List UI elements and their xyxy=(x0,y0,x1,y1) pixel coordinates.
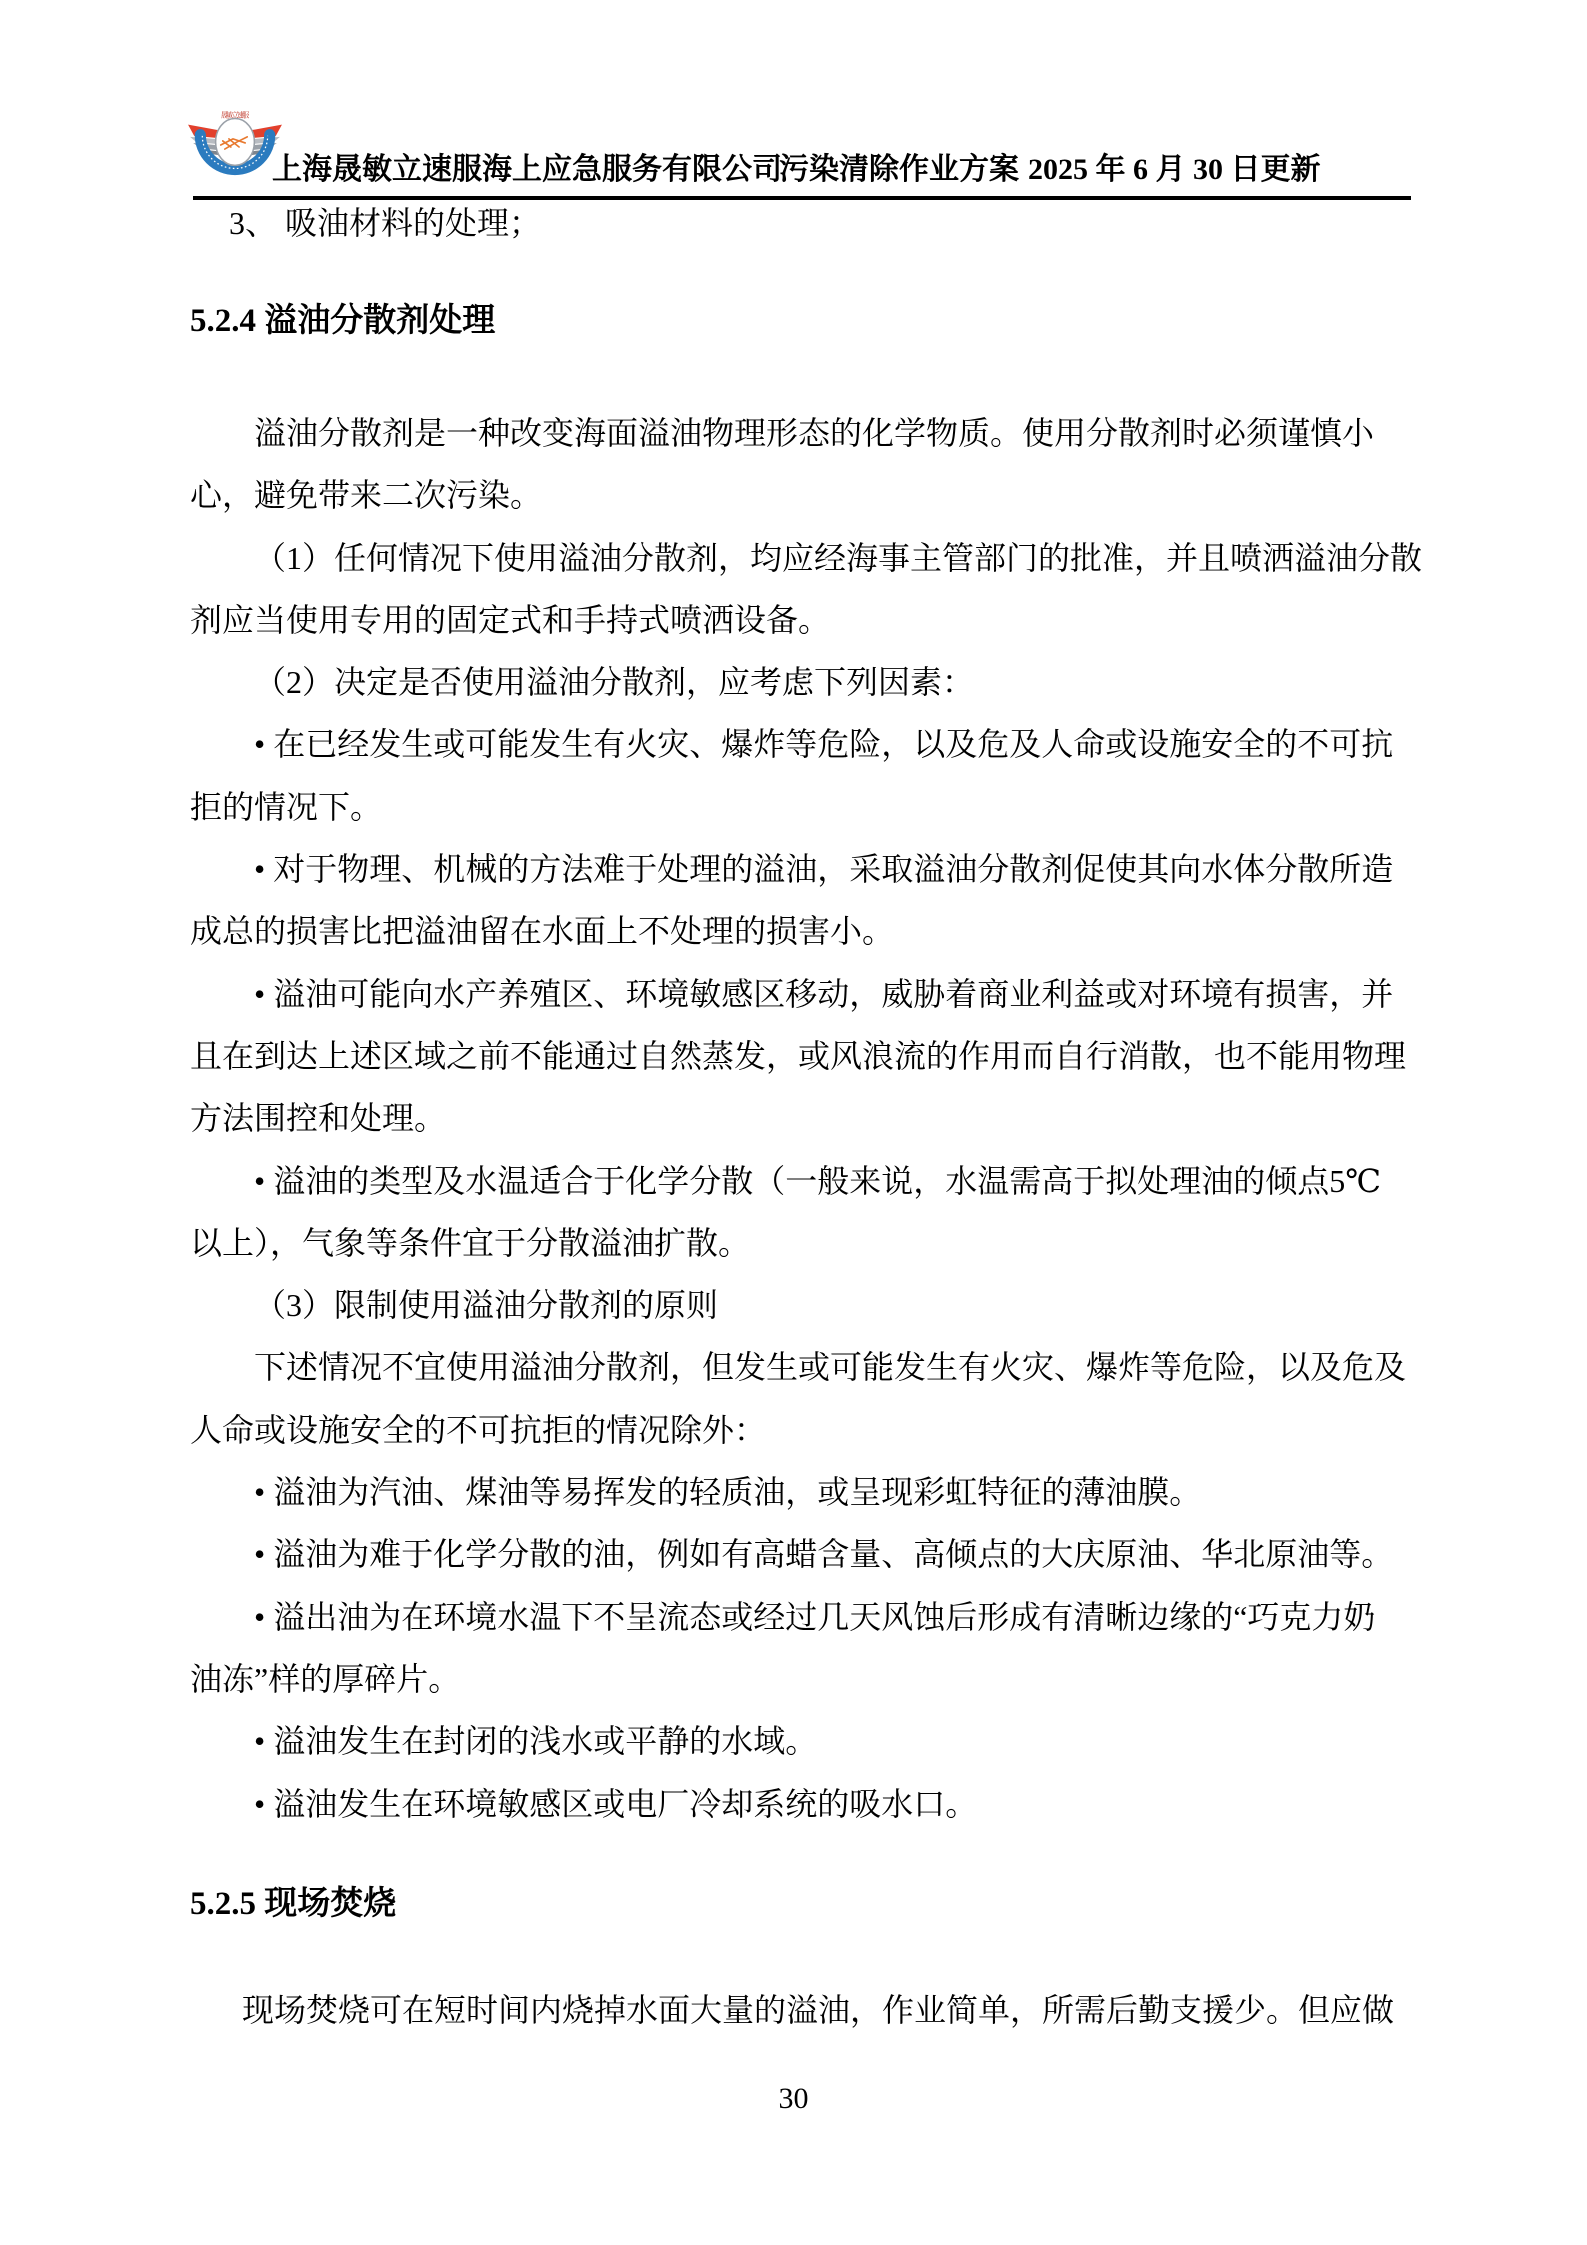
header-text-row: 上海晟敏立速服海上应急服务有限公司 污染清除作业方案 2025 年 6 月 30… xyxy=(0,150,1587,196)
body-line: 以上），气象等条件宜于分散溢油扩散。 xyxy=(190,1212,1422,1274)
document-page: 晟敏立速服 上海晟敏立速服海上应急服务有限公 xyxy=(0,0,1587,2245)
numbered-list-item-3: 3、 吸油材料的处理； xyxy=(190,203,1418,243)
header-updated-date: 2025 年 6 月 30 日更新 xyxy=(1028,150,1321,190)
body-line: 剂应当使用专用的固定式和手持式喷洒设备。 xyxy=(190,589,1422,651)
header-rule xyxy=(193,196,1411,200)
body-line: （1）任何情况下使用溢油分散剂，均应经海事主管部门的批准，并且喷洒溢油分散 xyxy=(190,527,1422,589)
body-line: （3）限制使用溢油分散剂的原则 xyxy=(190,1274,1422,1336)
section-5-2-4-body: 溢油分散剂是一种改变海面溢油物理形态的化学物质。使用分散剂时必须谨慎小心，避免带… xyxy=(190,402,1422,1835)
body-line: 下述情况不宜使用溢油分散剂，但发生或可能发生有火灾、爆炸等危险，以及危及 xyxy=(190,1336,1422,1398)
body-line: • 对于物理、机械的方法难于处理的溢油，采取溢油分散剂促使其向水体分散所造 xyxy=(190,838,1422,900)
body-line: • 溢油的类型及水温适合于化学分散（一般来说，水温需高于拟处理油的倾点5℃ xyxy=(190,1150,1422,1212)
body-line: • 溢油发生在封闭的浅水或平静的水域。 xyxy=(190,1710,1422,1772)
section-heading-5-2-5: 5.2.5 现场焚烧 xyxy=(190,1884,396,1924)
body-line: 成总的损害比把溢油留在水面上不处理的损害小。 xyxy=(190,900,1422,962)
body-line: • 溢出油为在环境水温下不呈流态或经过几天风蚀后形成有清晰边缘的“巧克力奶 xyxy=(190,1586,1422,1648)
body-line: 油冻”样的厚碎片。 xyxy=(190,1648,1422,1710)
body-line: 拒的情况下。 xyxy=(190,776,1422,838)
section-5-2-5-paragraph: 现场焚烧可在短时间内烧掉水面大量的溢油，作业简单，所需后勤支援少。但应做 xyxy=(190,1990,1422,2030)
body-line: 溢油分散剂是一种改变海面溢油物理形态的化学物质。使用分散剂时必须谨慎小 xyxy=(190,402,1422,464)
body-line: 心，避免带来二次污染。 xyxy=(190,464,1422,526)
body-line: • 溢油为难于化学分散的油，例如有高蜡含量、高倾点的大庆原油、华北原油等。 xyxy=(190,1523,1422,1585)
body-line: • 溢油发生在环境敏感区或电厂冷却系统的吸水口。 xyxy=(190,1773,1422,1835)
header-company-name: 上海晟敏立速服海上应急服务有限公司 xyxy=(272,150,782,190)
section-heading-5-2-4: 5.2.4 溢油分散剂处理 xyxy=(190,301,495,341)
body-line: （2）决定是否使用溢油分散剂，应考虑下列因素： xyxy=(190,651,1422,713)
body-line: • 溢油为汽油、煤油等易挥发的轻质油，或呈现彩虹特征的薄油膜。 xyxy=(190,1461,1422,1523)
header-doc-title: 污染清除作业方案 xyxy=(779,150,1019,190)
body-line: 方法围控和处理。 xyxy=(190,1087,1422,1149)
body-line: • 在已经发生或可能发生有火灾、爆炸等危险，以及危及人命或设施安全的不可抗 xyxy=(190,713,1422,775)
body-line: 人命或设施安全的不可抗拒的情况除外： xyxy=(190,1399,1422,1461)
body-line: • 溢油可能向水产养殖区、环境敏感区移动，威胁着商业利益或对环境有损害，并 xyxy=(190,963,1422,1025)
body-line: 且在到达上述区域之前不能通过自然蒸发，或风浪流的作用而自行消散，也不能用物理 xyxy=(190,1025,1422,1087)
page-number: 30 xyxy=(0,2082,1587,2116)
